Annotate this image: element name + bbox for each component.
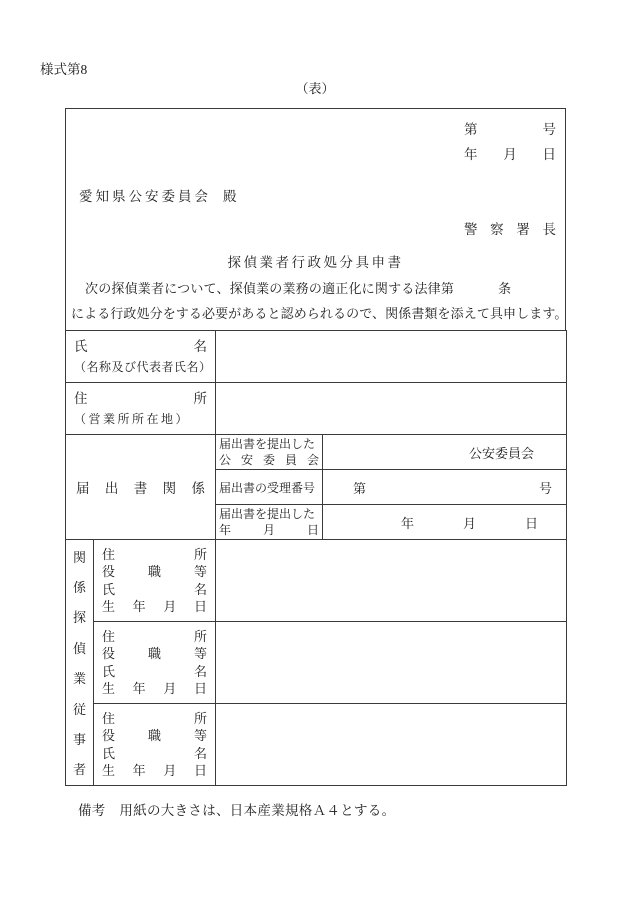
- committee-value-cell: 公安委員会: [323, 435, 567, 470]
- document-date-line: 年 月 日: [464, 143, 556, 163]
- sender-char: 長: [542, 218, 556, 238]
- body-line-1: 次の探偵業者について、探偵業の業務の適正化に関する法律第条: [71, 276, 564, 301]
- doc-number-prefix: 第: [464, 118, 478, 138]
- address-row: 住 所 （営業所所在地）: [66, 383, 567, 435]
- staff-fields-cell-1: 住所 役職等 氏名 生年月日: [94, 540, 216, 622]
- doc-number-suffix: 号: [543, 118, 557, 138]
- report-date-value-cell: 年 月 日: [323, 505, 567, 540]
- address-label: 住 所: [74, 388, 207, 410]
- staff-name-label: 氏名: [102, 745, 207, 762]
- staff-value-cell-2: [216, 622, 567, 704]
- staff-address-label: 住所: [102, 710, 207, 727]
- staff-field-labels: 住所 役職等 氏名 生年月日: [94, 627, 215, 699]
- police-chief-line: 警 察 署 長: [464, 218, 556, 238]
- receipt-number-sublabel-cell: 届出書の受理番号: [216, 470, 323, 505]
- report-date-sublabel-line2: 年 月 日: [219, 522, 319, 538]
- staff-value-cell-1: [216, 540, 567, 622]
- receipt-number-prefix: 第: [353, 478, 366, 497]
- staff-section-label-cell: 関 係 探 偵 業 従 事 者: [66, 540, 94, 786]
- staff-row-3: 住所 役職等 氏名 生年月日: [66, 704, 567, 786]
- name-label-note: （名称及び代表者氏名）: [74, 358, 207, 377]
- form-table: 氏 名 （名称及び代表者氏名） 住 所 （営業所所在地）: [65, 330, 567, 786]
- staff-position-label: 役職等: [102, 727, 207, 744]
- sender-char: 察: [490, 218, 504, 238]
- remarks-note: 備考 用紙の大きさは、日本産業規格Ａ４とする。: [78, 799, 395, 819]
- addressee-name: 愛知県公安委員会: [79, 189, 211, 204]
- receipt-number-value-cell: 第 号: [323, 470, 567, 505]
- report-section-label-cell: 届 出 書 関 係: [66, 435, 216, 540]
- receipt-number-suffix: 号: [539, 478, 552, 497]
- name-row: 氏 名 （名称及び代表者氏名）: [66, 331, 567, 383]
- committee-sublabel-line1: 届出書を提出した: [219, 436, 319, 452]
- committee-row: 届 出 書 関 係 届出書を提出した 公 安 委 員 会: [66, 435, 567, 470]
- address-value-cell: [216, 383, 567, 435]
- date-year-label: 年: [464, 143, 478, 163]
- address-label-note: （営業所所在地）: [74, 410, 207, 429]
- sender-char: 警: [464, 218, 478, 238]
- name-value-cell: [216, 331, 567, 383]
- body-line-2: による行政処分をする必要があると認められるので、関係書類を添えて具申します。: [71, 301, 564, 326]
- staff-name-label: 氏名: [102, 581, 207, 598]
- form-sheet: 第 号 年 月 日 愛知県公安委員会殿 警 察 署 長 探偵業者行政処分具申書 …: [65, 108, 566, 786]
- form-title: 探偵業者行政処分具申書: [66, 251, 565, 271]
- staff-row-1: 関 係 探 偵 業 従 事 者 住所 役職等 氏名 生年: [66, 540, 567, 622]
- staff-birthdate-label: 生年月日: [102, 598, 207, 615]
- staff-position-label: 役職等: [102, 645, 207, 662]
- name-label-cell: 氏 名 （名称及び代表者氏名）: [66, 331, 216, 383]
- report-date-sublabel-line1: 届出書を提出した: [219, 506, 319, 522]
- date-day-label: 日: [543, 143, 557, 163]
- staff-birthdate-label: 生年月日: [102, 762, 207, 779]
- date-month-label: 月: [503, 143, 517, 163]
- form-page: 様式第8 （表） 第 号 年 月 日 愛知県公安委員会殿 警 察 署 長 探偵業…: [0, 0, 630, 903]
- sheet-side-label: （表）: [0, 78, 630, 97]
- addressee-line: 愛知県公安委員会殿: [79, 185, 240, 205]
- document-number-line: 第 号: [464, 118, 556, 138]
- staff-position-label: 役職等: [102, 563, 207, 580]
- staff-value-cell-3: [216, 704, 567, 786]
- report-date-value: 年 月 日: [323, 513, 566, 532]
- form-header: 第 号 年 月 日 愛知県公安委員会殿 警 察 署 長 探偵業者行政処分具申書 …: [65, 108, 566, 330]
- sender-char: 署: [516, 218, 530, 238]
- committee-sublabel-cell: 届出書を提出した 公 安 委 員 会: [216, 435, 323, 470]
- form-code: 様式第8: [40, 58, 87, 78]
- staff-birthdate-label: 生年月日: [102, 680, 207, 697]
- name-label: 氏 名: [74, 336, 207, 358]
- addressee-honorific: 殿: [223, 189, 240, 204]
- staff-fields-cell-2: 住所 役職等 氏名 生年月日: [94, 622, 216, 704]
- staff-section-vertical-label: 関 係 探 偵 業 従 事 者: [66, 544, 93, 782]
- body-text: 次の探偵業者について、探偵業の業務の適正化に関する法律第条 による行政処分をする…: [71, 276, 564, 326]
- committee-sublabel-line2: 公 安 委 員 会: [219, 452, 319, 468]
- staff-address-label: 住所: [102, 628, 207, 645]
- staff-name-label: 氏名: [102, 663, 207, 680]
- staff-field-labels: 住所 役職等 氏名 生年月日: [94, 545, 215, 617]
- article-unit-label: 条: [498, 281, 511, 296]
- address-label-cell: 住 所 （営業所所在地）: [66, 383, 216, 435]
- staff-field-labels: 住所 役職等 氏名 生年月日: [94, 709, 215, 781]
- receipt-number-value: 第 号: [323, 478, 566, 497]
- report-section-label: 届 出 書 関 係: [76, 477, 205, 497]
- body-line-1-text: 次の探偵業者について、探偵業の業務の適正化に関する法律第: [85, 281, 454, 296]
- staff-row-2: 住所 役職等 氏名 生年月日: [66, 622, 567, 704]
- staff-address-label: 住所: [102, 546, 207, 563]
- report-date-sublabel-cell: 届出書を提出した 年 月 日: [216, 505, 323, 540]
- staff-fields-cell-3: 住所 役職等 氏名 生年月日: [94, 704, 216, 786]
